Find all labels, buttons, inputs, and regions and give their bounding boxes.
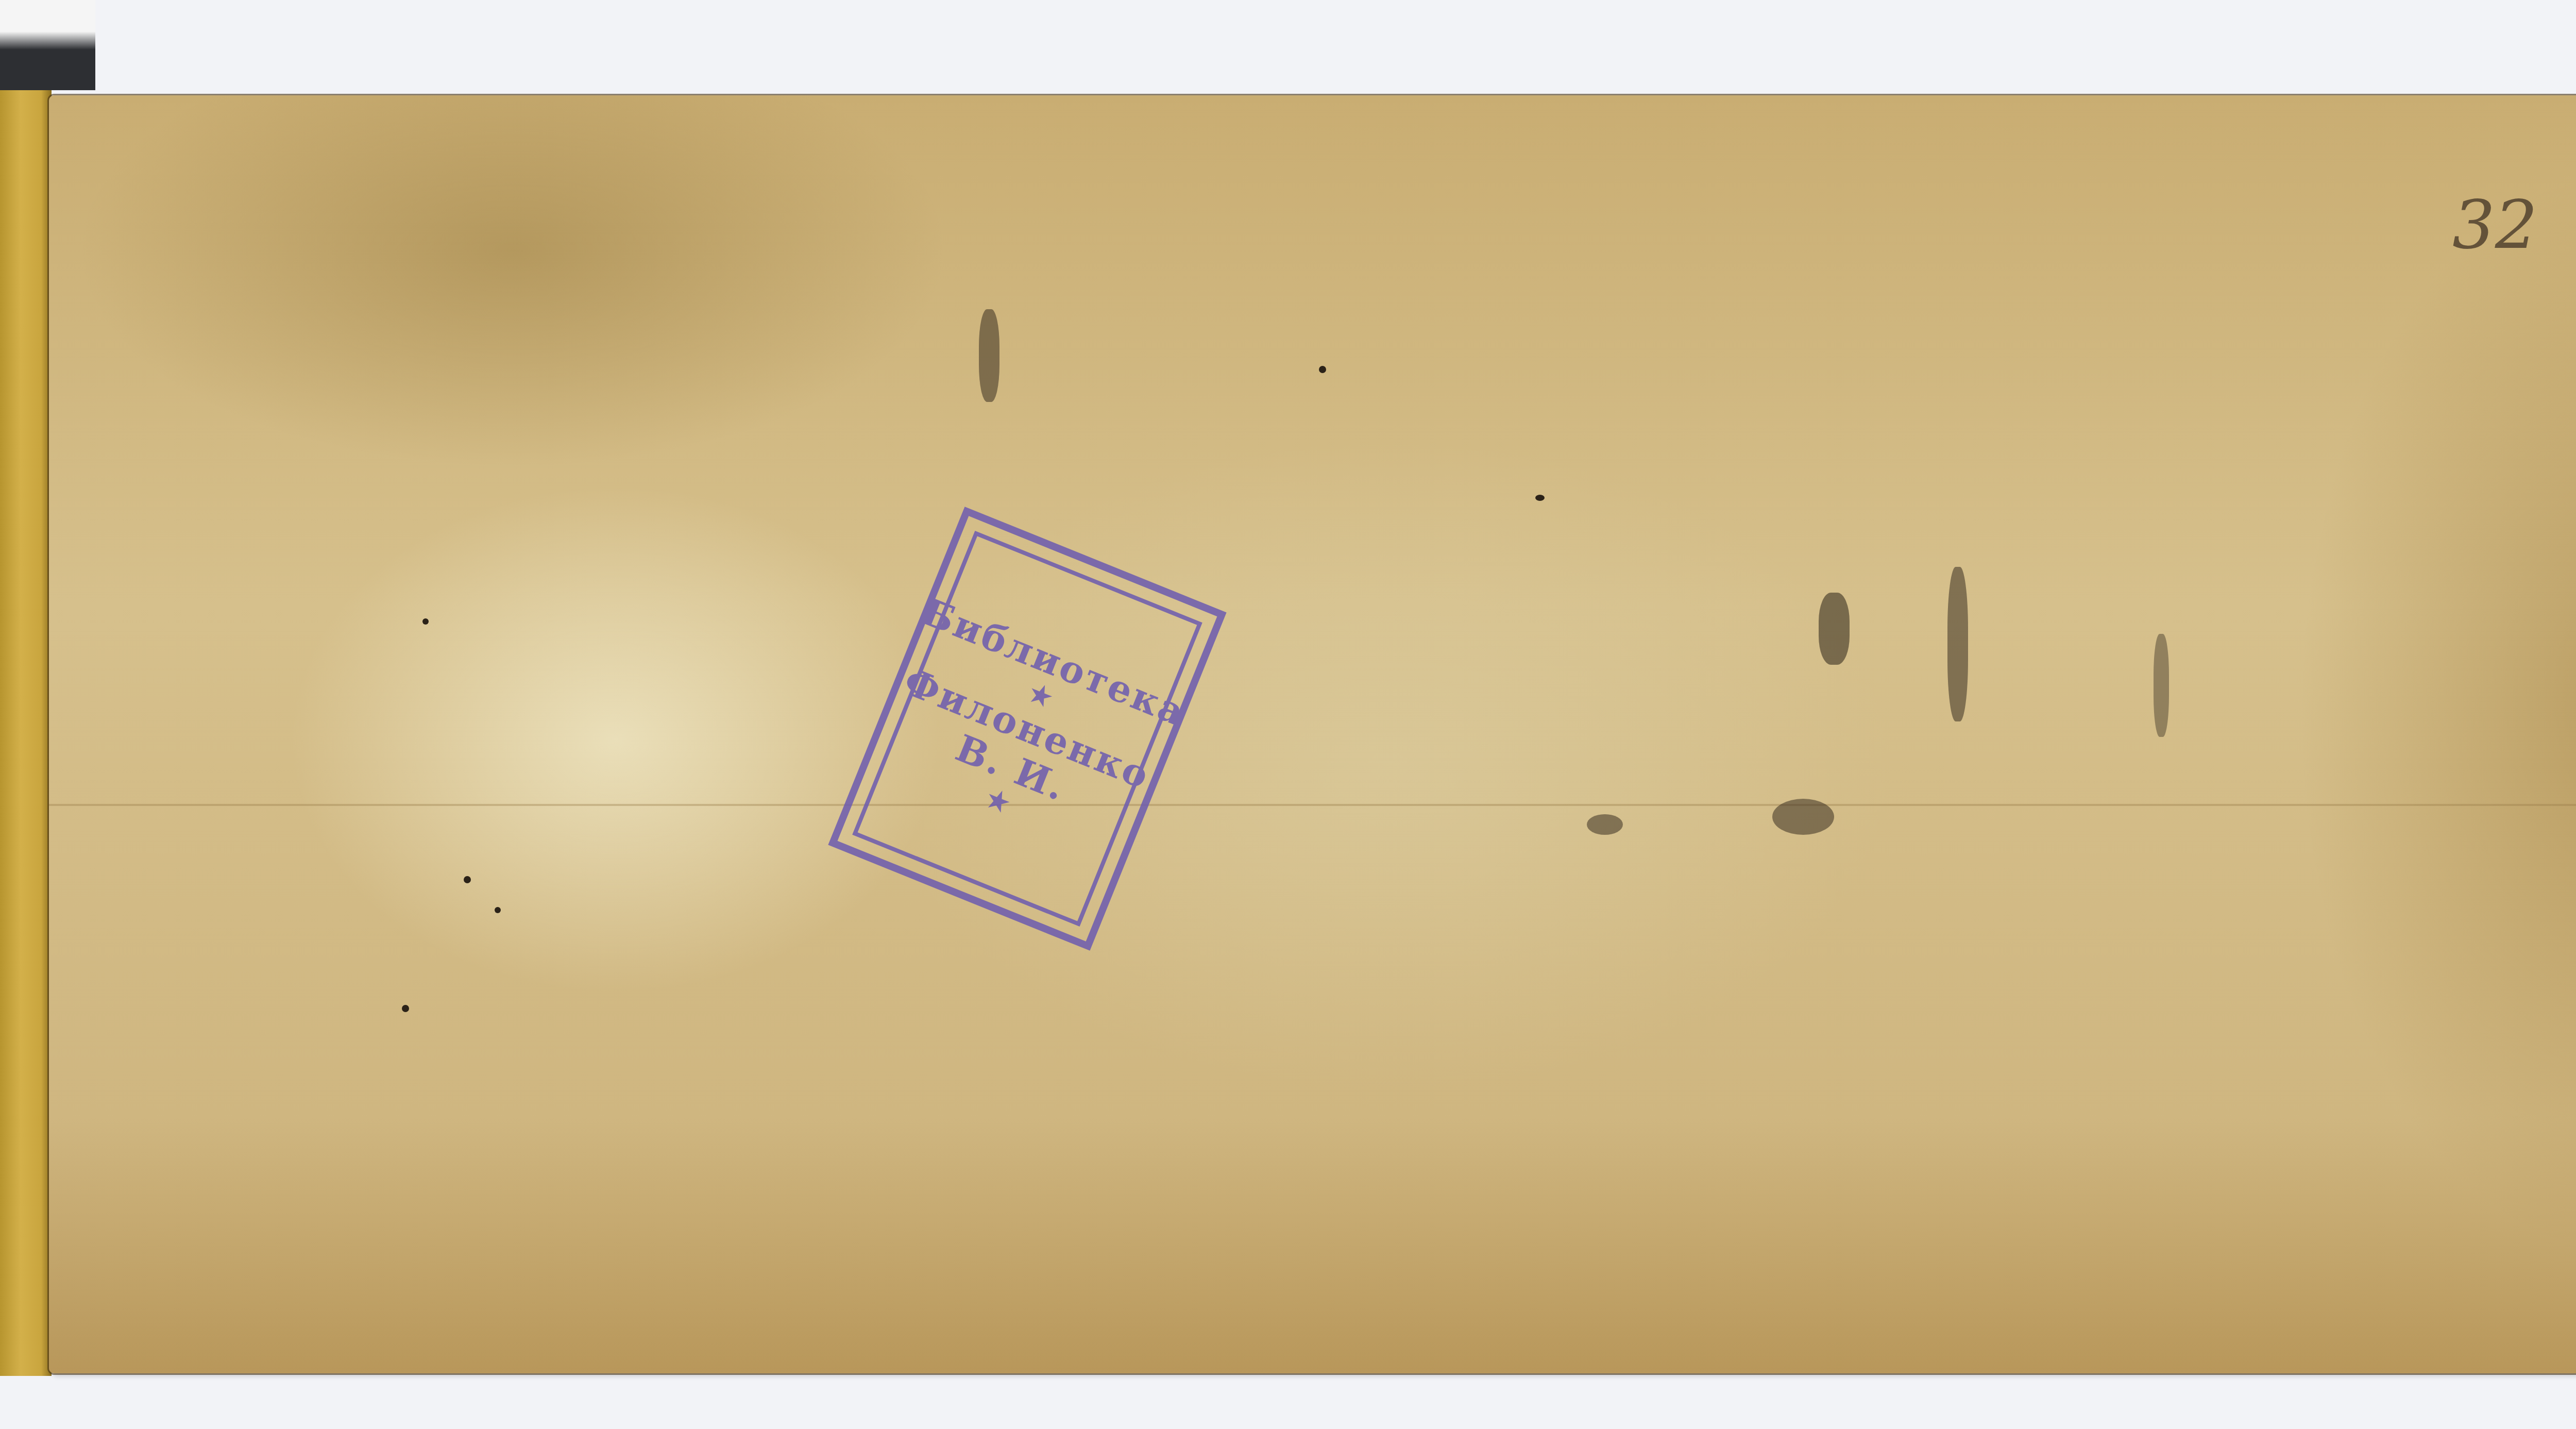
- ink-blot: [1947, 567, 1968, 721]
- page-number: 32: [2452, 186, 2537, 264]
- ink-speck: [422, 618, 429, 625]
- book-spine-edge: [0, 90, 52, 1376]
- document-page: [49, 95, 2576, 1373]
- ink-speck: [464, 876, 471, 883]
- page-fold-crease: [49, 804, 2576, 806]
- ink-blot: [979, 309, 999, 402]
- ink-speck: [495, 907, 501, 913]
- ink-blot: [2154, 634, 2169, 737]
- ink-blot: [1819, 593, 1850, 665]
- star-icon: ★: [980, 783, 1015, 820]
- ink-speck: [1319, 366, 1326, 373]
- ink-speck: [402, 1005, 409, 1012]
- ink-speck: [1535, 495, 1545, 501]
- ink-blot: [1772, 799, 1834, 835]
- ink-blot: [1587, 814, 1623, 835]
- scanner-background-shadow: [0, 0, 95, 90]
